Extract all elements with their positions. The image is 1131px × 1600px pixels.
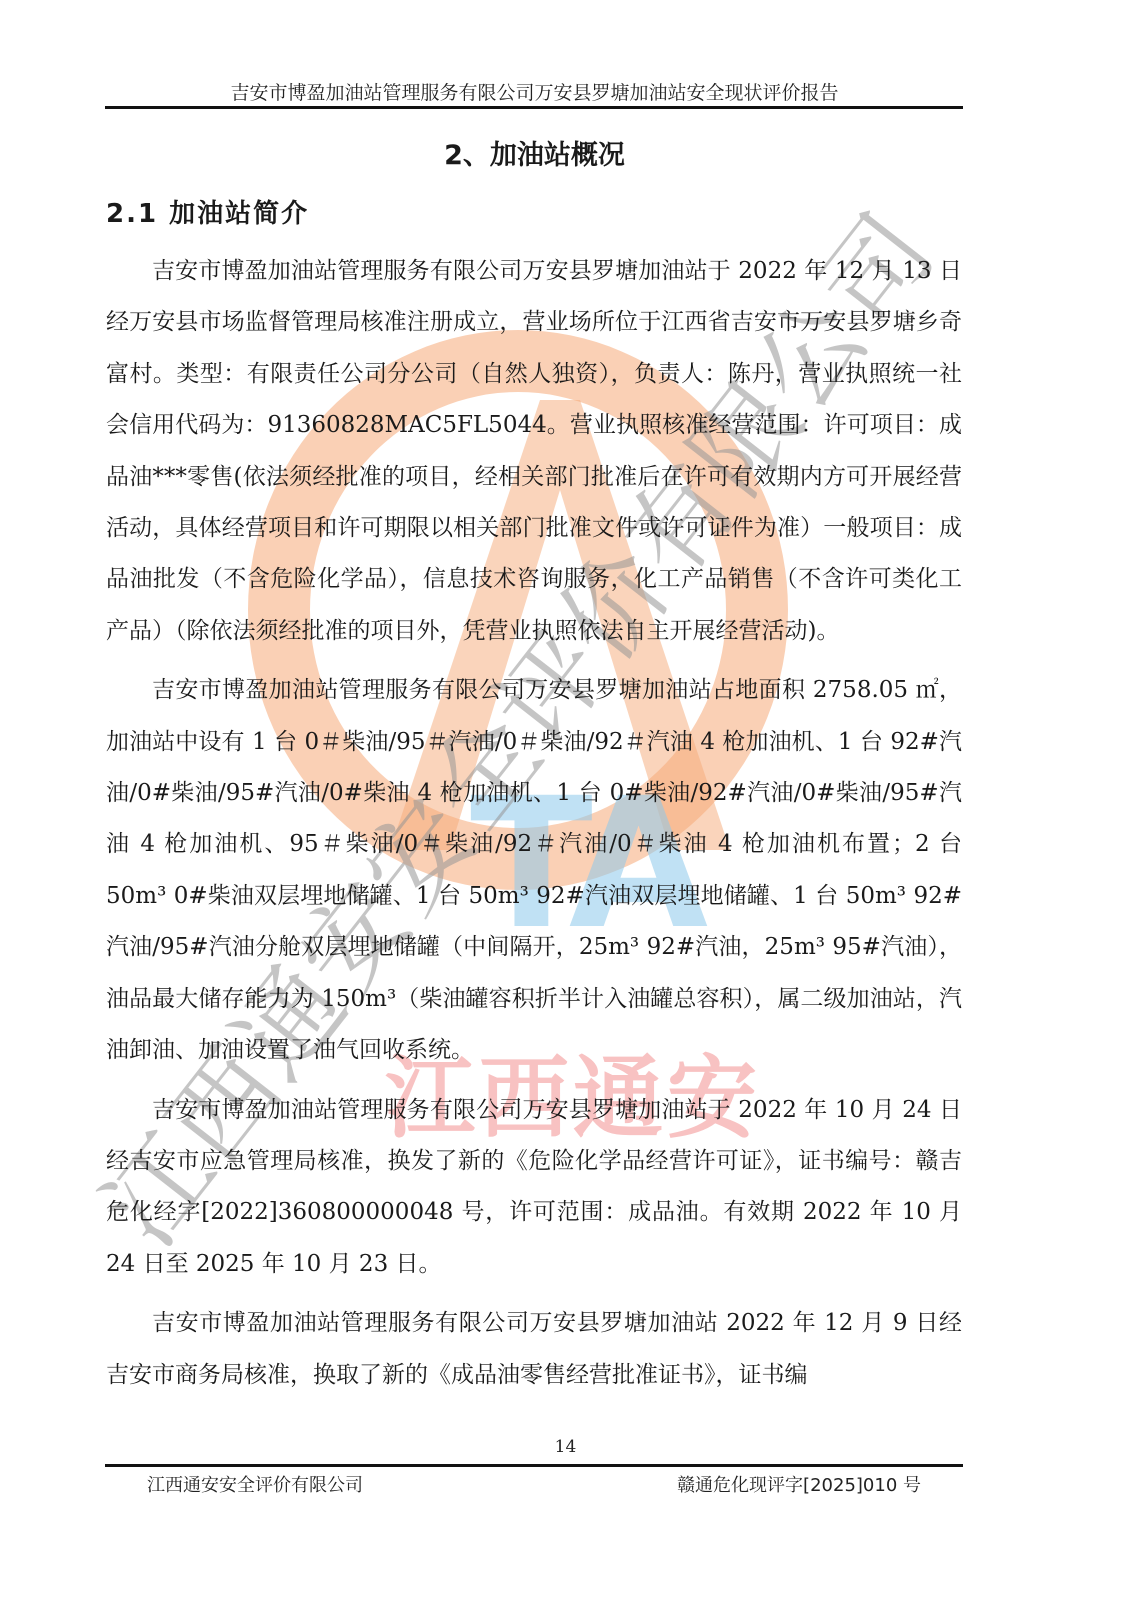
running-header-title: 吉安市博盈加油站管理服务有限公司万安县罗塘加油站安全现状评价报告 <box>107 78 962 105</box>
footer-divider <box>105 1464 963 1467</box>
footer-company: 江西通安安全评价有限公司 <box>147 1471 363 1497</box>
chapter-title: 2、加油站概况 <box>107 133 962 172</box>
paragraph-retail-certificate: 吉安市博盈加油站管理服务有限公司万安县罗塘加油站 2022 年 12 月 9 日… <box>106 1298 962 1401</box>
paragraph-registration: 吉安市博盈加油站管理服务有限公司万安县罗塘加油站于 2022 年 12 月 13… <box>106 246 962 657</box>
header-divider <box>105 106 963 109</box>
footer-doc-number: 赣通危化现评字[2025]010 号 <box>677 1471 921 1497</box>
paragraph-hazmat-license: 吉安市博盈加油站管理服务有限公司万安县罗塘加油站于 2022 年 10 月 24… <box>106 1085 962 1291</box>
section-title: 2.1 加油站简介 <box>106 193 309 230</box>
page-number: 14 <box>0 1437 1131 1457</box>
body-text: 吉安市博盈加油站管理服务有限公司万安县罗塘加油站于 2022 年 12 月 13… <box>106 246 962 1401</box>
document-page: TA 江西通安 江西通安安全评价有限公司 吉安市博盈加油站管理服务有限公司万安县… <box>0 0 1131 1600</box>
paragraph-facilities: 吉安市博盈加油站管理服务有限公司万安县罗塘加油站占地面积 2758.05 ㎡，加… <box>106 665 962 1076</box>
